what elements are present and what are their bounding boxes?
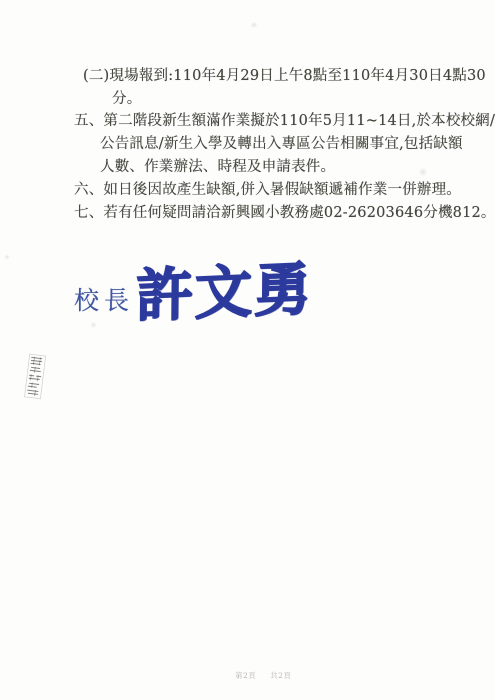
footer-page-number: 第2頁 xyxy=(235,671,256,680)
illegible-seal-stamp xyxy=(23,353,47,401)
paragraph-line-6: 六、如日後因故產生缺額,併入暑假缺額遞補作業一併辦理。 xyxy=(74,180,461,200)
paragraph-line-4: 公告訊息/新生入學及轉出入專區公告相關事宜,包括缺額 xyxy=(100,134,463,154)
paragraph-line-7: 七、若有任何疑問請洽新興國小教務處02-26203646分機812。 xyxy=(74,203,495,223)
scan-artifact xyxy=(418,168,428,176)
paragraph-line-5: 人數、作業辦法、時程及申請表件。 xyxy=(100,157,335,177)
principal-signature: 許文勇 xyxy=(136,258,313,328)
paragraph-line-3: 五、第二階段新生額滿作業擬於110年5月11~14日,於本校校網/ xyxy=(74,111,495,131)
scan-artifact xyxy=(250,22,258,28)
page-footer: 第2頁 共2頁 xyxy=(235,671,291,680)
paragraph-line-2: 分。 xyxy=(112,89,141,109)
scan-artifact xyxy=(90,322,97,328)
seal-stamp-graphic xyxy=(23,353,47,401)
footer-total-pages: 共2頁 xyxy=(270,671,291,680)
scanned-document-page: (二)現場報到:110年4月29日上午8點至110年4月30日4點30 分。 五… xyxy=(0,0,495,700)
scan-artifact xyxy=(4,254,10,260)
paragraph-line-1: (二)現場報到:110年4月29日上午8點至110年4月30日4點30 xyxy=(83,66,486,86)
principal-title-label: 校長 xyxy=(74,287,134,314)
